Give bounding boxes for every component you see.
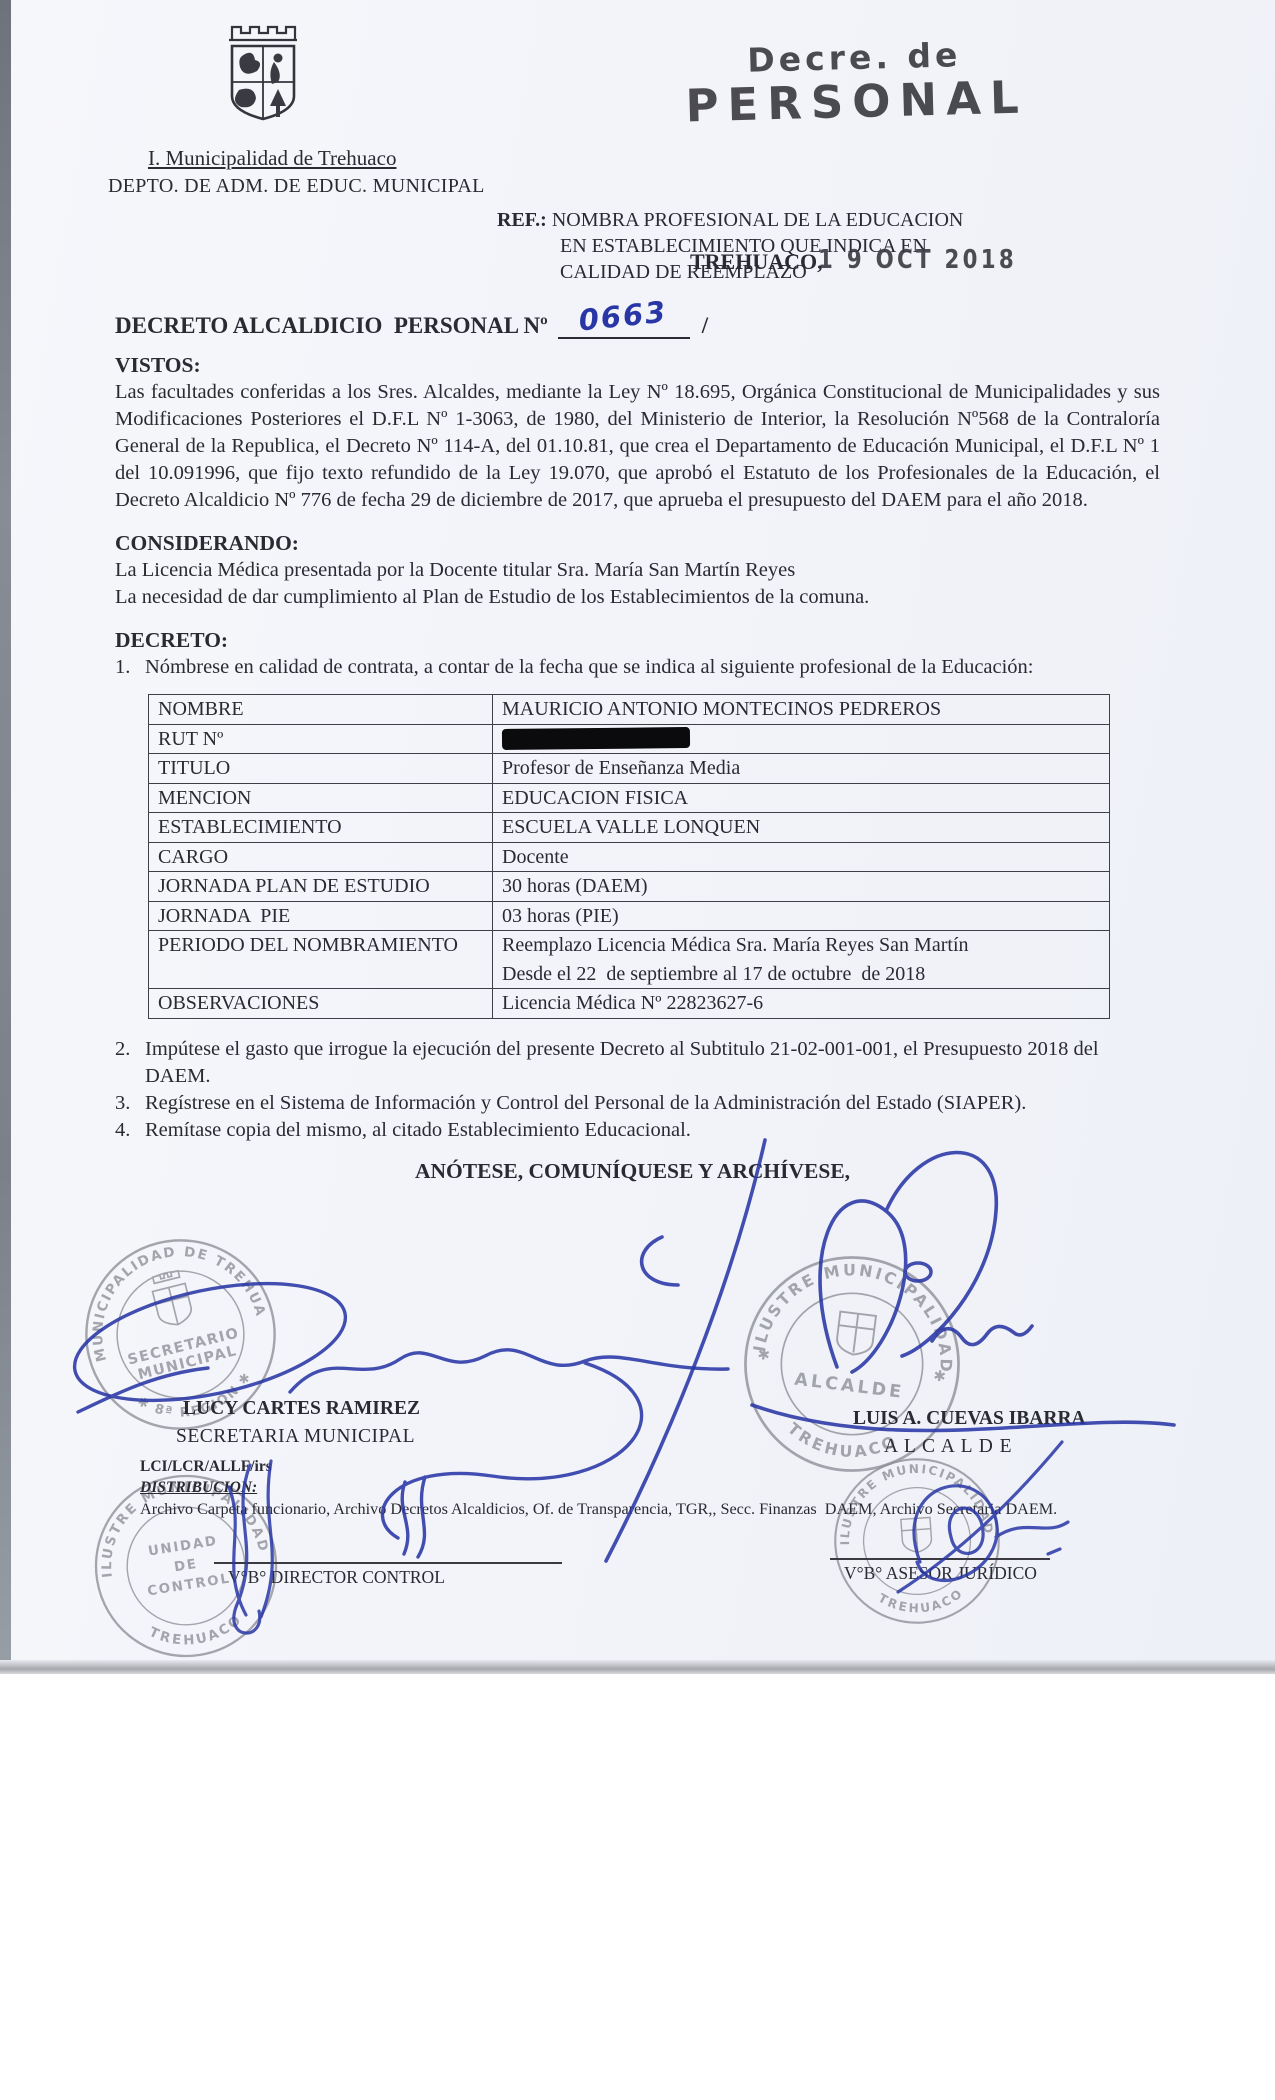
date-stamp: 1 9 OCT 2018 xyxy=(818,245,1017,275)
distribution-label: DISTRIBUCION: xyxy=(140,1479,257,1497)
row-label: CARGO xyxy=(149,842,493,872)
closing-formula: ANÓTESE, COMUNÍQUESE Y ARCHÍVESE, xyxy=(415,1158,1160,1185)
personnel-ink-stamp: Decre. de PERSONAL xyxy=(684,34,1026,133)
drafting-initials: LCI/LCR/ALLF/irs xyxy=(140,1458,272,1476)
department-name: DEPTO. DE ADM. DE EDUC. MUNICIPAL xyxy=(108,175,485,198)
secretaria-title: SECRETARIA MUNICIPAL xyxy=(176,1426,415,1448)
table-row: CARGODocente xyxy=(149,842,1110,872)
appointment-table: NOMBREMAURICIO ANTONIO MONTECINOS PEDRER… xyxy=(148,694,1110,1019)
municipality-name: I. Municipalidad de Trehuaco xyxy=(148,146,396,171)
row-value: 30 horas (DAEM) xyxy=(493,872,1110,902)
svg-text:TREHUACO: TREHUACO xyxy=(145,1610,249,1655)
vb-asesor-juridico: V°B° ASESOR JURÍDICO xyxy=(830,1558,1050,1584)
stamp-center-line2: DE xyxy=(173,1557,199,1576)
decreto-heading: DECRETO: xyxy=(115,627,1160,654)
vistos-heading: VISTOS: xyxy=(115,352,1160,379)
row-value: MAURICIO ANTONIO MONTECINOS PEDREROS xyxy=(493,695,1110,725)
row-label: TITULO xyxy=(149,754,493,784)
stamp-star-right: ✱ xyxy=(932,1367,946,1385)
item-number: 1. xyxy=(115,654,145,681)
redacted-rut-value xyxy=(502,727,690,750)
period-line1: Reemplazo Licencia Médica Sra. María Rey… xyxy=(502,931,1109,960)
decreto-item-3: 3. Regístrese en el Sistema de Informaci… xyxy=(115,1090,1160,1117)
item-text: Remítase copia del mismo, al citado Esta… xyxy=(145,1117,1160,1144)
alcalde-title: A L C A L D E xyxy=(884,1436,1013,1458)
row-label: ESTABLECIMIENTO xyxy=(149,813,493,843)
row-value xyxy=(493,724,1110,754)
vb-director-control: V°B° DIRECTOR CONTROL xyxy=(214,1562,562,1588)
row-label: OBSERVACIONES xyxy=(149,989,493,1019)
decree-line-slash: / xyxy=(702,313,708,338)
ref-line1: REF.: NOMBRA PROFESIONAL DE LA EDUCACION xyxy=(497,207,1137,233)
stamp-star-left: ✱ xyxy=(757,1346,771,1364)
item-text: Nómbrese en calidad de contrata, a conta… xyxy=(145,654,1160,681)
decreto-item-4: 4. Remítase copia del mismo, al citado E… xyxy=(115,1117,1160,1144)
table-row: OBSERVACIONESLicencia Médica Nº 22823627… xyxy=(149,989,1110,1019)
stamp-center-text: ALCALDE xyxy=(793,1370,905,1403)
row-value: Reemplazo Licencia Médica Sra. María Rey… xyxy=(493,931,1110,989)
item-text: Regístrese en el Sistema de Información … xyxy=(145,1090,1160,1117)
decreto-item-2: 2. Impútese el gasto que irrogue la ejec… xyxy=(115,1036,1160,1090)
table-row: JORNADA PLAN DE ESTUDIO30 horas (DAEM) xyxy=(149,872,1110,902)
stamp-center-line1: UNIDAD xyxy=(147,1534,219,1560)
period-line2: Desde el 22 de septiembre al 17 de octub… xyxy=(502,960,1109,989)
row-label: MENCION xyxy=(149,783,493,813)
row-value: Docente xyxy=(493,842,1110,872)
item-number: 2. xyxy=(115,1036,145,1090)
table-row: MENCIONEDUCACION FISICA xyxy=(149,783,1110,813)
row-label: NOMBRE xyxy=(149,695,493,725)
row-label: RUT Nº xyxy=(149,724,493,754)
scanned-decree-document: I. Municipalidad de Trehuaco DEPTO. DE A… xyxy=(0,0,1275,2100)
ref-subject: NOMBRA PROFESIONAL DE LA EDUCACION xyxy=(552,209,964,231)
row-value: ESCUELA VALLE LONQUEN xyxy=(493,813,1110,843)
decree-number-line: DECRETO ALCALDICIO PERSONAL Nº0663 / xyxy=(115,303,708,339)
page-bottom-shadow xyxy=(0,1660,1275,1674)
decree-number-underline: 0663 xyxy=(558,303,690,339)
table-row: ESTABLECIMIENTOESCUELA VALLE LONQUEN xyxy=(149,813,1110,843)
item-number: 3. xyxy=(115,1090,145,1117)
decree-line-label: DECRETO ALCALDICIO PERSONAL Nº xyxy=(115,313,548,338)
ref-label: REF.: xyxy=(497,209,547,231)
dateline-city: TREHUACO, xyxy=(690,249,823,275)
decreto-item-1: 1. Nómbrese en calidad de contrata, a co… xyxy=(115,654,1160,681)
stamp-ring-bottom-text: TREHUACO xyxy=(145,1610,249,1655)
distribution-list: Archivo Carpeta funcionario, Archivo Dec… xyxy=(140,1500,1155,1519)
row-label: PERIODO DEL NOMBRAMIENTO xyxy=(149,931,493,989)
considerando-heading: CONSIDERANDO: xyxy=(115,530,1160,557)
row-value: Profesor de Enseñanza Media xyxy=(493,754,1110,784)
post-items: 2. Impútese el gasto que irrogue la ejec… xyxy=(115,1036,1160,1144)
item-number: 4. xyxy=(115,1117,145,1144)
table-row: TITULOProfesor de Enseñanza Media xyxy=(149,754,1110,784)
personnel-stamp-line2: PERSONAL xyxy=(685,71,1026,133)
vistos-paragraph: Las facultades conferidas a los Sres. Al… xyxy=(115,379,1160,514)
considerando-line2: La necesidad de dar cumplimiento al Plan… xyxy=(115,584,1160,611)
row-value: Licencia Médica Nº 22823627-6 xyxy=(493,989,1110,1019)
trehuaco-coat-of-arms-logo xyxy=(202,6,324,146)
secretaria-name: LUCY CARTES RAMIREZ xyxy=(183,1398,420,1420)
table-row: NOMBREMAURICIO ANTONIO MONTECINOS PEDRER… xyxy=(149,695,1110,725)
considerando-line1: La Licencia Médica presentada por la Doc… xyxy=(115,557,1160,584)
scan-left-edge xyxy=(0,0,11,1672)
decree-body: VISTOS: Las facultades conferidas a los … xyxy=(115,352,1160,1185)
table-row: RUT Nº xyxy=(149,724,1110,754)
row-value: 03 horas (PIE) xyxy=(493,901,1110,931)
table-row: JORNADA PIE03 horas (PIE) xyxy=(149,901,1110,931)
row-label: JORNADA PLAN DE ESTUDIO xyxy=(149,872,493,902)
row-label: JORNADA PIE xyxy=(149,901,493,931)
row-value: EDUCACION FISICA xyxy=(493,783,1110,813)
alcalde-name: LUIS A. CUEVAS IBARRA xyxy=(853,1408,1086,1430)
asesor-juridico-round-stamp: ILUSTRE MUNICIPALIDAD TREHUACO xyxy=(822,1446,1012,1636)
item-text: Impútese el gasto que irrogue la ejecuci… xyxy=(145,1036,1160,1090)
table-row: PERIODO DEL NOMBRAMIENTO Reemplazo Licen… xyxy=(149,931,1110,989)
